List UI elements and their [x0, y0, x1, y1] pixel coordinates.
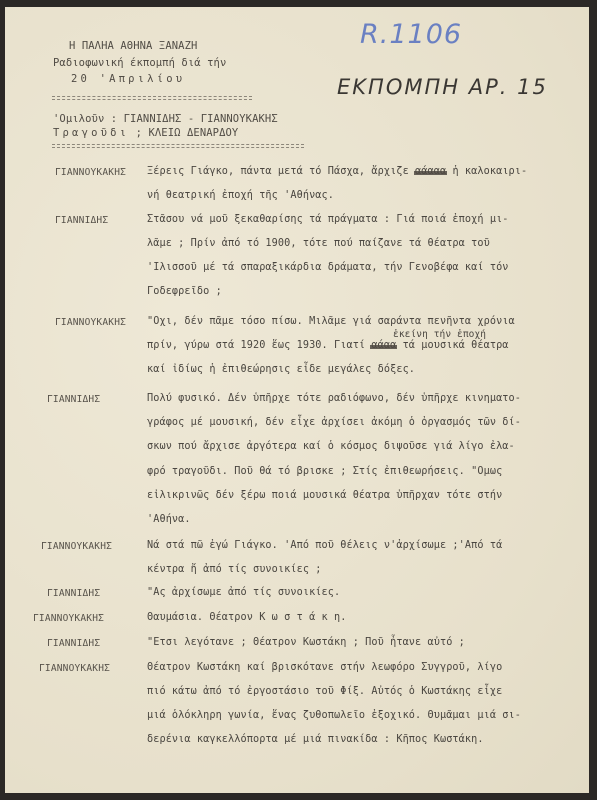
dialogue-line: εἰλικρινῶς δέν ξέρω ποιά μουσικά θέατρα …: [147, 490, 502, 501]
header-divider-top: [52, 96, 252, 100]
dialogue-line: Νά στά πῶ ἐγώ Γιάγκο. 'Από ποῦ θέλεις ν'…: [147, 540, 502, 551]
speaker-name: ΓΙΑΝΝΟΥΚΑΚΗΣ: [39, 663, 110, 674]
dialogue-line: Θέατρον Κωστάκη καί βρισκότανε στήν λεωφ…: [147, 662, 502, 673]
dialogue-line: πρίν, γύρω στά 1920 ἕως 1930. Γιατί αάαα…: [147, 340, 509, 351]
struck-text: αάαα: [371, 340, 396, 351]
broadcast-date: 20 'Απριλίου: [71, 73, 185, 85]
dialogue-line: δερένια καγκελλόπορτα μέ μιά πινακίδα : …: [147, 734, 484, 745]
dialogue-line: καί ἰδίως ἡ ἐπιθεώρησις εἶδε μεγάλες δόξ…: [147, 364, 415, 375]
speaker-name: ΓΙΑΝΝΙΔΗΣ: [47, 638, 100, 649]
dialogue-line: μιά ὁλόκληρη γωνία, ἕνας ζυθοπωλεῖο ἐξοχ…: [147, 710, 521, 721]
song-label: Τραγοῦδι: [53, 127, 129, 139]
interlinear-insertion: ἐκείνη τήν ἐποχή: [393, 329, 486, 340]
speaker-name: ΓΙΑΝΝΙΔΗΣ: [47, 394, 100, 405]
song-line: Τραγοῦδι ; ΚΛΕΙΩ ΔΕΝΑΡΔΟΥ: [53, 127, 238, 139]
speakers-line: 'Ομιλοῦν : ΓΙΑΝΝΙΔΗΣ - ΓΙΑΝΝΟΥΚΑΚΗΣ: [53, 113, 278, 125]
dialogue-line: κέντρα ἤ ἀπό τίς συνοικίες ;: [147, 564, 322, 575]
speaker-name: ΓΙΑΝΝΟΥΚΑΚΗΣ: [55, 167, 126, 178]
dialogue-line: Ξέρεις Γιάγκο, πάντα μετά τό Πάσχα, ἄρχι…: [147, 166, 527, 177]
dialogue-line: πιό κάτω ἀπό τό ἐργοστάσιο τοῦ Φίξ. Αὐτό…: [147, 686, 502, 697]
dialogue-line: σκων πού ἄρχισε ἀργότερα καί ὁ κόσμος δι…: [147, 441, 515, 452]
speaker-name: ΓΙΑΝΝΟΥΚΑΚΗΣ: [41, 541, 112, 552]
struck-text: αάααα: [415, 166, 446, 177]
speaker-name: ΓΙΑΝΝΟΥΚΑΚΗΣ: [33, 613, 104, 624]
dialogue-line: γράφος μέ μουσική, δέν εἶχε ἀρχίσει ἀκόμ…: [147, 417, 521, 428]
broadcast-number-annotation: ΕΚΠΟΜΠΗ ΑΡ. 15: [337, 75, 548, 99]
speaker-name: ΓΙΑΝΝΙΔΗΣ: [47, 588, 100, 599]
speaker-name: ΓΙΑΝΝΙΔΗΣ: [55, 215, 108, 226]
speaker-name: ΓΙΑΝΝΟΥΚΑΚΗΣ: [55, 317, 126, 328]
dialogue-line: "Οχι, δέν πᾶμε τόσο πίσω. Μιλᾶμε γιά σαρ…: [147, 316, 515, 327]
dialogue-line: Στᾶσου νά μοῦ ξεκαθαρίσης τά πράγματα : …: [147, 214, 509, 225]
dialogue-line: φρό τραγοῦδι. Ποῦ θά τό βρισκε ; Στίς ἐπ…: [147, 466, 502, 477]
dialogue-line: λᾶμε ; Πρίν ἀπό τό 1900, τότε πού παίζαν…: [147, 238, 490, 249]
dialogue-line: Πολύ φυσικό. Δέν ὑπῆρχε τότε ραδιόφωνο, …: [147, 393, 521, 404]
dialogue-line: νή θεατρική ἐποχή τῆς 'Αθήνας.: [147, 190, 334, 201]
document-subtitle: Ραδιοφωνική έκπομπή διά τήν: [53, 57, 226, 69]
archive-number-annotation: R.1106: [360, 19, 462, 50]
header-divider-bottom: [52, 144, 304, 148]
dialogue-line: Γοδεφρεῖδο ;: [147, 286, 222, 297]
dialogue-line: Θαυμάσια. Θέατρον Κ ω σ τ ά κ η.: [147, 612, 346, 623]
dialogue-line: "Ετσι λεγότανε ; Θέατρον Κωστάκη ; Ποῦ ἦ…: [147, 637, 465, 648]
dialogue-line: 'Ιλισσοῦ μέ τά σπαραξικάρδια δράματα, τή…: [147, 262, 509, 273]
song-performer: ; ΚΛΕΙΩ ΔΕΝΑΡΔΟΥ: [136, 127, 239, 139]
dialogue-line: 'Αθήνα.: [147, 514, 191, 525]
dialogue-line: "Ας ἀρχίσωμε ἀπό τίς συνοικίες.: [147, 587, 340, 598]
document-title: Η ΠΑΛΗΑ ΑΘΗΝΑ ΞΑΝΑΖΗ: [69, 40, 197, 52]
document-page: Η ΠΑΛΗΑ ΑΘΗΝΑ ΞΑΝΑΖΗ Ραδιοφωνική έκπομπή…: [5, 7, 589, 793]
